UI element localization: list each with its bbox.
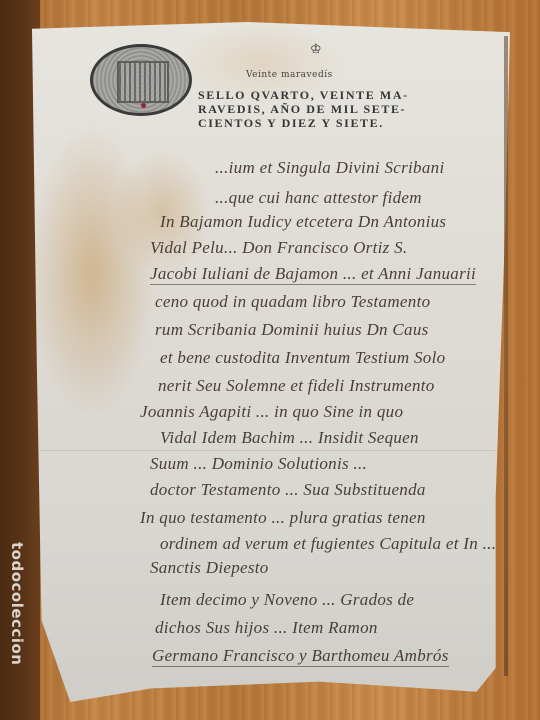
handwritten-line: Joannis Agapiti ... in quo Sine in quo — [140, 402, 403, 422]
coat-of-arms-icon — [117, 61, 169, 103]
handwritten-line: Vidal Idem Bachim ... Insidit Sequen — [160, 428, 419, 448]
paper-edge-shadow — [504, 36, 508, 676]
royal-seal-stamp — [90, 44, 192, 116]
red-ink-dot — [141, 103, 146, 108]
handwritten-line: Germano Francisco y Barthomeu Ambrós — [152, 646, 449, 667]
handwritten-line: doctor Testamento ... Sua Substituenda — [150, 480, 426, 500]
handwritten-line: Vidal Pelu... Don Francisco Ortiz S. — [150, 238, 407, 258]
handwritten-line: In Bajamon Iudicy etcetera Dn Antonius — [160, 212, 446, 232]
stamp-value-line: Veinte maravedís — [246, 70, 333, 80]
handwritten-line: rum Scribania Dominii huius Dn Caus — [155, 320, 429, 340]
handwritten-line: Item decimo y Noveno ... Grados de — [160, 590, 414, 610]
stamp-text-line-2: RAVEDIS, AÑO DE MIL SETE- — [198, 102, 406, 117]
crown-icon: ♔ — [310, 42, 322, 57]
handwritten-line: Jacobi Iuliani de Bajamon ... et Anni Ja… — [150, 264, 476, 285]
handwritten-line: ordinem ad verum et fugientes Capitula e… — [160, 534, 496, 554]
handwritten-line: et bene custodita Inventum Testium Solo — [160, 348, 445, 368]
stamp-text-line-3: CIENTOS Y DIEZ Y SIETE. — [198, 116, 384, 131]
fold-crease — [40, 450, 495, 451]
stamp-text-line-1: SELLO QVARTO, VEINTE MA- — [198, 88, 409, 103]
handwritten-line: ceno quod in quadam libro Testamento — [155, 292, 430, 312]
handwritten-line: ...ium et Singula Divini Scribani — [215, 158, 444, 178]
handwritten-line: Sanctis Diepesto — [150, 558, 269, 578]
handwritten-line: Suum ... Dominio Solutionis ... — [150, 454, 367, 474]
handwritten-line: nerit Seu Solemne et fideli Instrumento — [158, 376, 435, 396]
handwritten-line: In quo testamento ... plura gratias tene… — [140, 508, 426, 528]
handwritten-line: dichos Sus hijos ... Item Ramon — [155, 618, 378, 638]
handwritten-line: ...que cui hanc attestor fidem — [215, 188, 422, 208]
todocoleccion-watermark: todocoleccion — [8, 542, 26, 665]
